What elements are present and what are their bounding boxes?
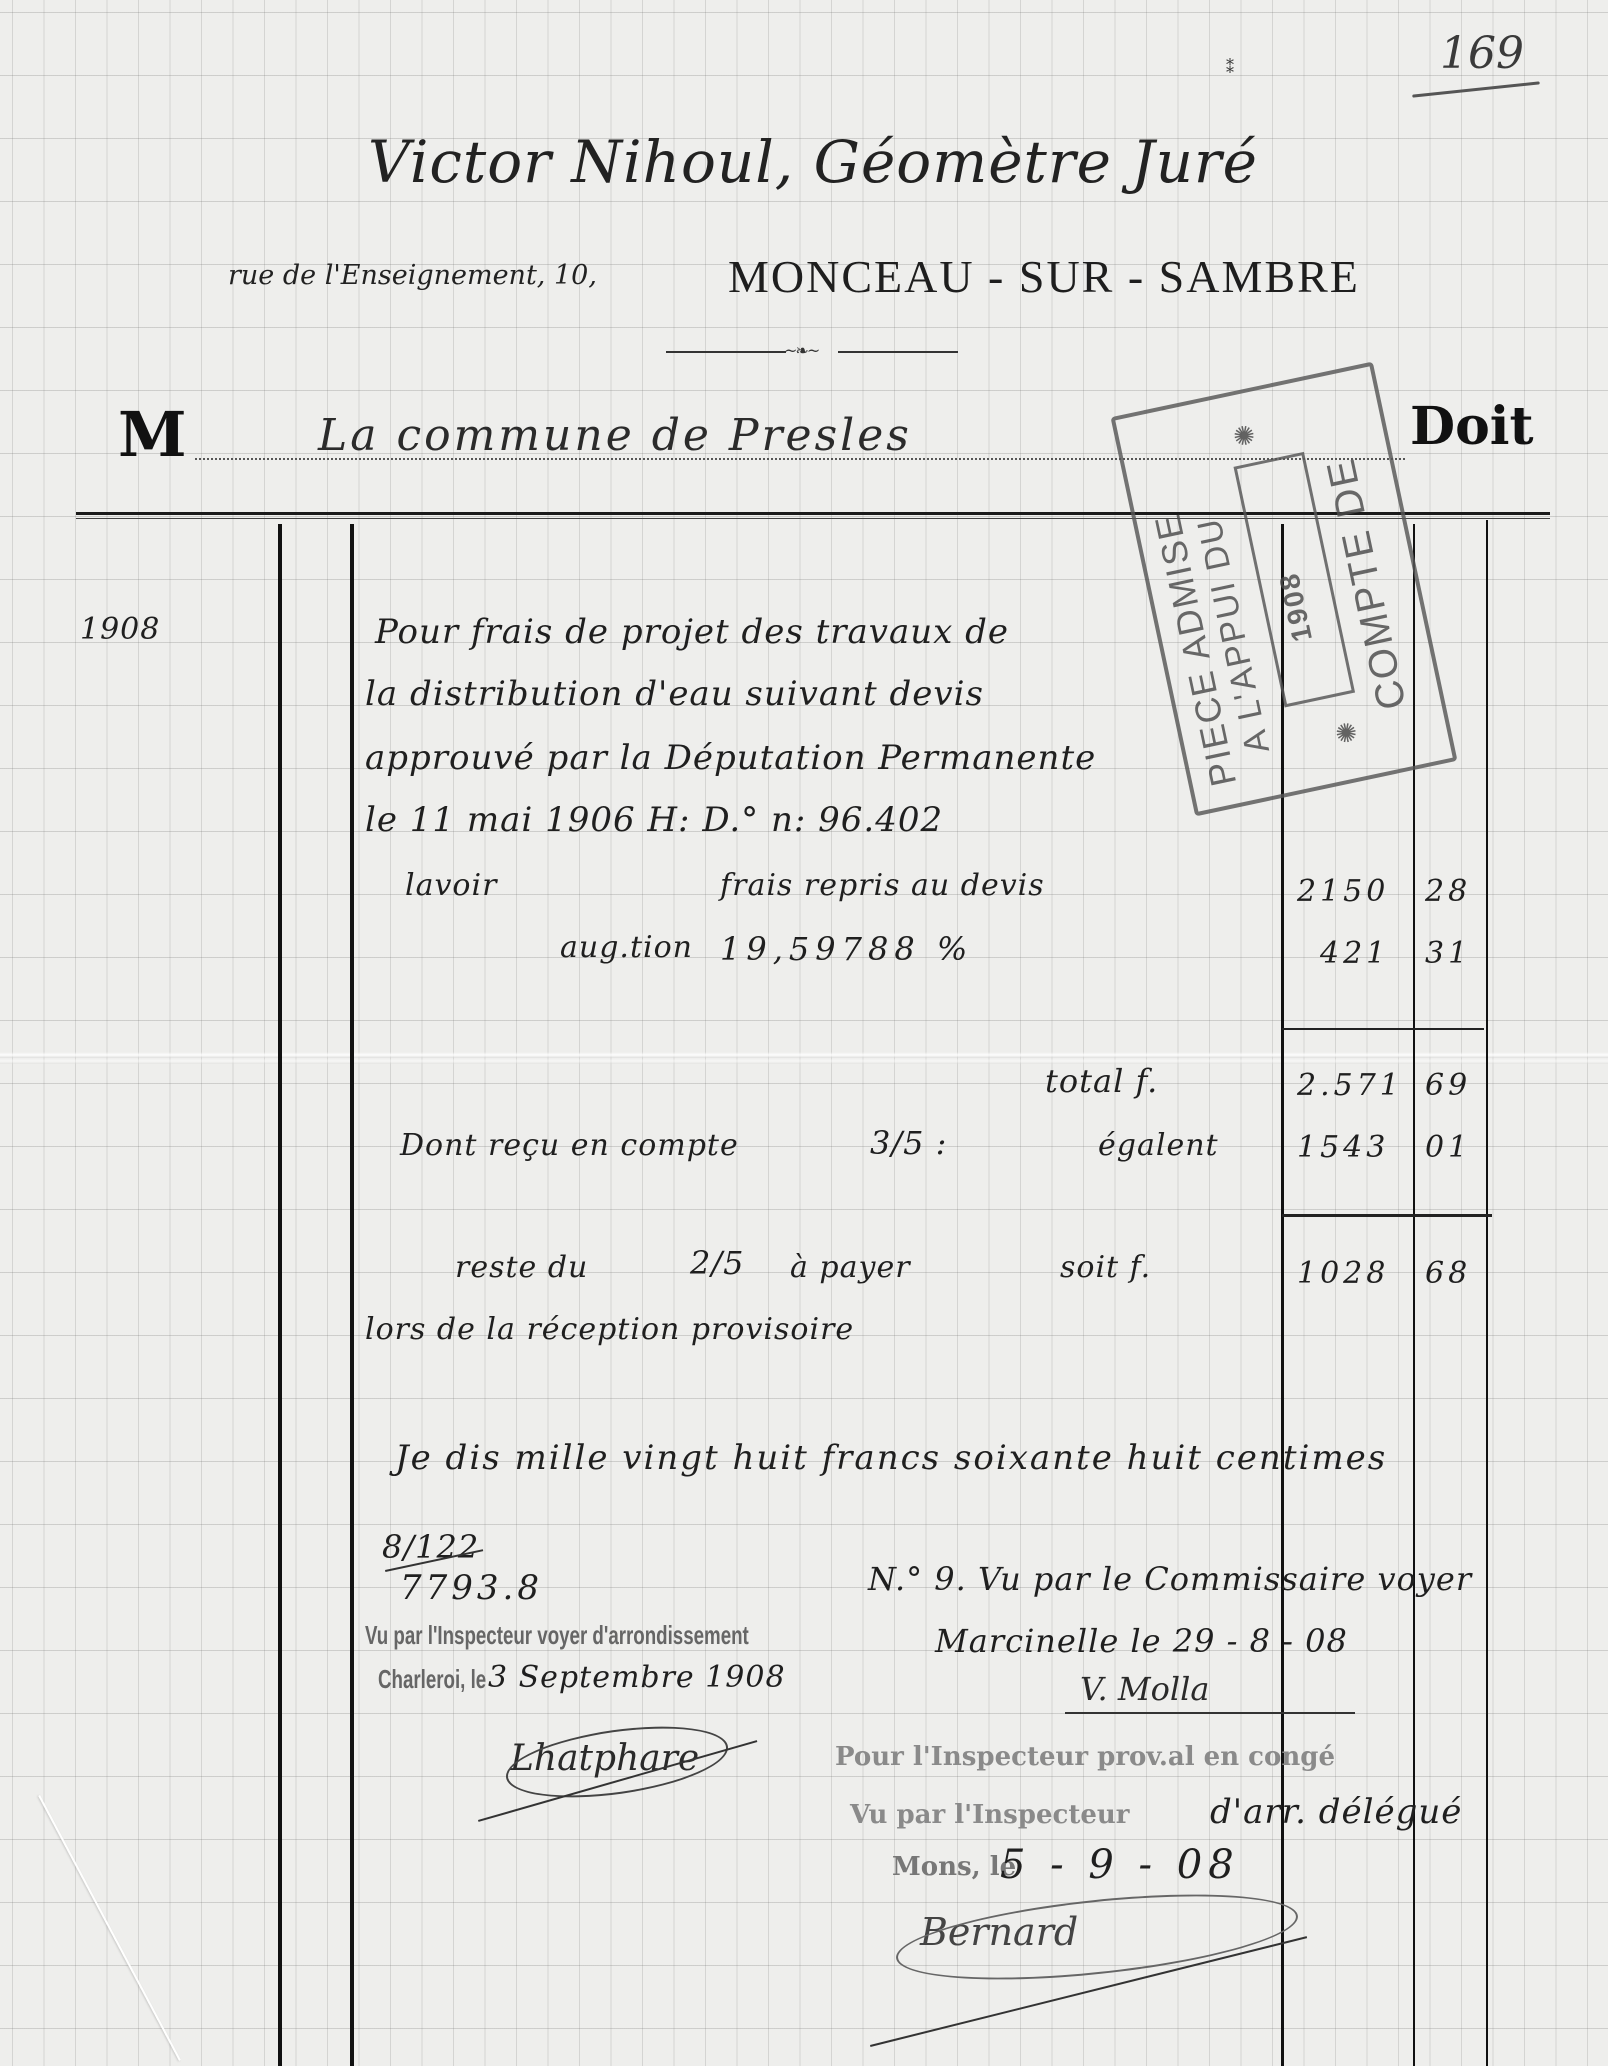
description-line: Pour frais de projet des travaux de: [375, 612, 1009, 652]
subtotal-rule: [1282, 1028, 1484, 1030]
letterhead-name: Victor Nihoul, Géomètre Juré: [368, 128, 1258, 196]
commissaire-signature: V. Molla: [1080, 1670, 1209, 1708]
remaining-pay-label: à payer: [790, 1250, 911, 1285]
remaining-label: reste du: [455, 1250, 588, 1285]
provincial-stamp-line: Vu par l'Inspecteur: [850, 1800, 1130, 1830]
item-centimes: 31: [1425, 936, 1471, 971]
remaining-soit-label: soit f.: [1060, 1250, 1151, 1285]
received-francs: 1543: [1297, 1130, 1389, 1165]
ornament-divider: ~❧~: [666, 345, 958, 359]
item-description: 19,59788 %: [720, 930, 973, 968]
invoice-year: 1908: [80, 612, 160, 647]
inspector-date: 3 Septembre 1908: [488, 1660, 786, 1695]
commissaire-place-date: Marcinelle le 29 - 8 - 08: [935, 1622, 1348, 1660]
graph-paper-background: [0, 0, 1608, 2066]
inspector-stamp-place: Charleroi, le: [378, 1664, 486, 1695]
addressee-prefix: M: [118, 398, 187, 471]
description-line: approuvé par la Députation Permanente: [365, 738, 1096, 778]
total-francs: 2.571: [1297, 1068, 1403, 1103]
reference-bottom: 7793.8: [400, 1568, 543, 1608]
date-column-divider: [278, 524, 282, 2066]
item-centimes: 28: [1425, 874, 1471, 909]
description-line: le 11 mai 1906 H: D.° n: 96.402: [365, 800, 943, 840]
letterhead-city: MONCEAU - SUR - SAMBRE: [728, 250, 1360, 303]
item-label: lavoir: [405, 868, 497, 903]
addressee-name: La commune de Presles: [318, 410, 912, 461]
commissaire-note: N.° 9. Vu par le Commissaire voyer: [868, 1560, 1472, 1598]
folio-number: 169: [1440, 28, 1524, 79]
table-right-border: [1486, 520, 1488, 2066]
item-label: aug.tion: [560, 930, 693, 965]
received-centimes: 01: [1425, 1130, 1471, 1165]
item-francs: 421: [1320, 936, 1389, 971]
received-label: Dont reçu en compte: [400, 1128, 739, 1163]
asterisk-mark: ⁑: [1226, 58, 1234, 77]
description-column-divider: [350, 524, 354, 2066]
remaining-centimes: 68: [1425, 1256, 1471, 1291]
letterhead-address: rue de l'Enseignement, 10,: [228, 260, 597, 291]
remaining-note: lors de la réception provisoire: [365, 1312, 854, 1347]
total-label: total f.: [1045, 1062, 1158, 1100]
remaining-fraction: 2/5: [690, 1244, 745, 1282]
amount-in-words: Je dis mille vingt huit francs soixante …: [395, 1438, 1387, 1478]
description-line: la distribution d'eau suivant devis: [365, 674, 984, 714]
received-equal-label: égalent: [1098, 1128, 1219, 1163]
doit-label: Doit: [1410, 396, 1534, 457]
item-francs: 2150: [1297, 874, 1389, 909]
paper-fold-crease: [0, 1058, 1608, 1064]
provincial-delegate-note: d'arr. délégué: [1210, 1792, 1462, 1832]
received-fraction: 3/5 :: [870, 1124, 947, 1162]
total-centimes: 69: [1425, 1068, 1471, 1103]
inspector-stamp-line: Vu par l'Inspecteur voyer d'arrondisseme…: [365, 1620, 749, 1651]
provincial-stamp-line: Pour l'Inspecteur prov.al en congé: [835, 1742, 1335, 1772]
ornament-icon: ~❧~: [784, 341, 818, 360]
remaining-francs: 1028: [1297, 1256, 1389, 1291]
rosette-icon: ✺: [1231, 420, 1259, 454]
balance-rule: [1282, 1214, 1492, 1217]
provincial-stamp-place: Mons, le: [892, 1852, 1016, 1882]
rosette-icon: ✺: [1333, 717, 1361, 751]
item-description: frais repris au devis: [720, 868, 1045, 903]
provincial-date: 5 - 9 - 08: [1000, 1842, 1240, 1888]
signature-stroke: [1065, 1712, 1355, 1714]
